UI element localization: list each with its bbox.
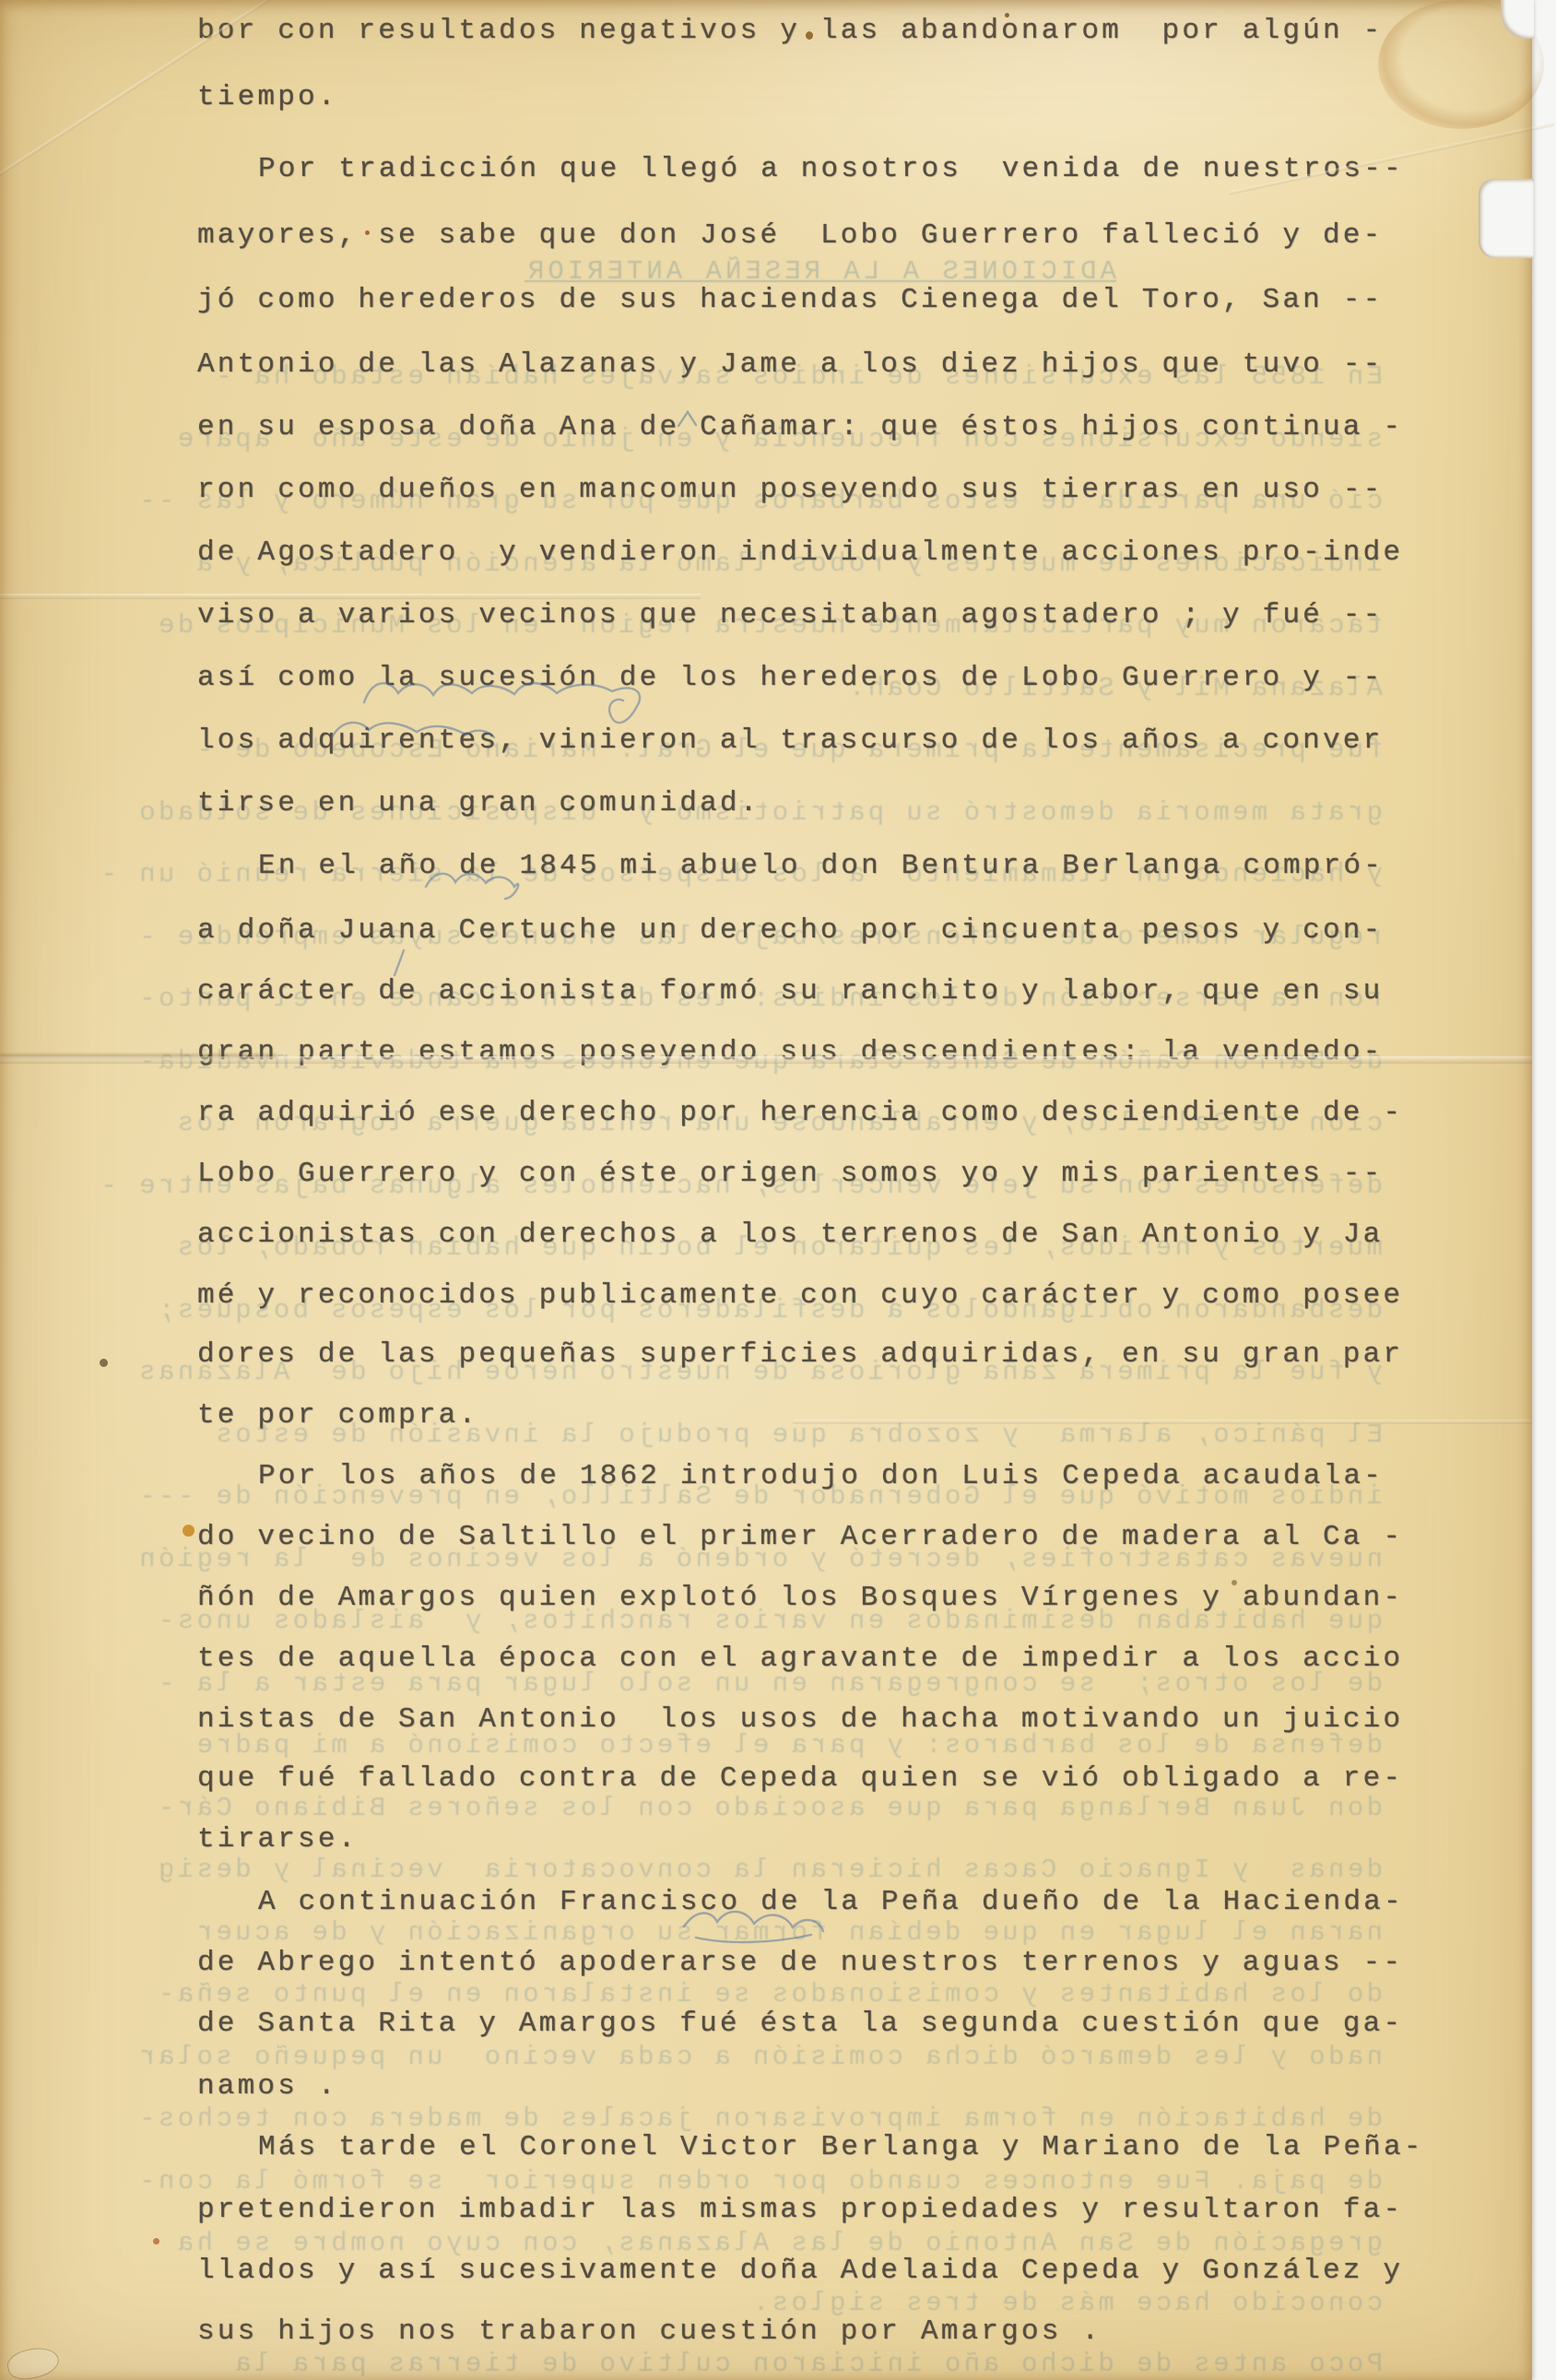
typed-line: a doña Juana Certuche un derecho por cin… [197,914,1383,947]
typed-line: ron como dueños en mancomun poseyendo su… [197,474,1383,506]
typed-line: en su esposa doña Ana de Cañamar: que és… [197,411,1403,443]
paper-edge-notch [1479,179,1534,258]
typed-line: de Agostadero y vendieron individualment… [197,536,1403,569]
typed-line: jó como herederos de sus haciendas Ciene… [197,284,1383,316]
typed-line: tes de aquella época con el agravante de… [197,1643,1403,1675]
typed-line: así como la sucesión de los herederos de… [197,662,1383,694]
typed-line: tiempo. [197,81,338,113]
typed-line: Por tradicción que llegó a nosotros veni… [258,153,1404,185]
typed-line: carácter de accionista formó su ranchito… [197,975,1383,1007]
typed-line: accionistas con derechos a los terrenos … [197,1219,1383,1251]
typed-line: Lobo Guerrero y con éste origen somos yo… [197,1158,1383,1190]
typed-line: llados y así sucesivamente doña Adelaida… [197,2255,1403,2287]
typed-line: gran parte estamos poseyendo sus descend… [197,1036,1383,1068]
typed-line: Más tarde el Coronel Victor Berlanga y M… [258,2131,1424,2163]
typed-line: bor con resultados negativos y las aband… [197,15,1383,47]
typed-line: de Santa Rita y Amargos fué ésta la segu… [197,2008,1403,2040]
document-page: En 1855 las excursiones de indios salvaj… [0,0,1532,2380]
typed-line: te por compra. [197,1399,478,1432]
typed-line: dores de las pequeñas superficies adquir… [197,1338,1403,1371]
typed-line: mé y reconocidos publicamente con cuyo c… [197,1279,1403,1312]
typed-line: namos . [197,2070,338,2103]
typed-line: En el año de 1845 mi abuelo don Bentura … [258,850,1384,882]
typed-line: nistas de San Antonio los usos de hacha … [197,1703,1403,1736]
typed-text-layer: bor con resultados negativos y las aband… [0,0,1532,2380]
typed-line: que fué fallado contra de Cepeda quien s… [197,1762,1403,1795]
typed-line: de Abrego intentó apoderarse de nuestros… [197,1947,1403,1979]
typed-line: tirarse. [197,1823,358,1856]
typed-line: pretendieron imbadir las mismas propieda… [197,2194,1403,2226]
typed-line: viso a varios vecinos que necesitaban ag… [197,599,1383,631]
typed-line: mayores, se sabe que don José Lobo Guerr… [197,219,1383,252]
typed-line: los adquirentes, vinieron al trascurso d… [197,725,1383,757]
typed-line: ra adquirió ese derecho por herencia com… [197,1097,1403,1129]
typed-line: sus hijos nos trabaron cuestión por Amar… [197,2315,1102,2348]
typed-line: A continuación Francisco de la Peña dueñ… [258,1886,1404,1918]
typed-line: Antonio de las Alazanas y Jame a los die… [197,348,1383,381]
typed-line: do vecino de Saltillo el primer Acerrade… [197,1521,1403,1553]
scanned-document: { "page": { "description": "Aged typewri… [0,0,1556,2380]
typed-line: ñón de Amargos quien explotó los Bosques… [197,1582,1403,1614]
typed-line: Por los años de 1862 introdujo don Luis … [258,1460,1384,1492]
typed-line: tirse en una gran comunidad. [197,787,760,819]
